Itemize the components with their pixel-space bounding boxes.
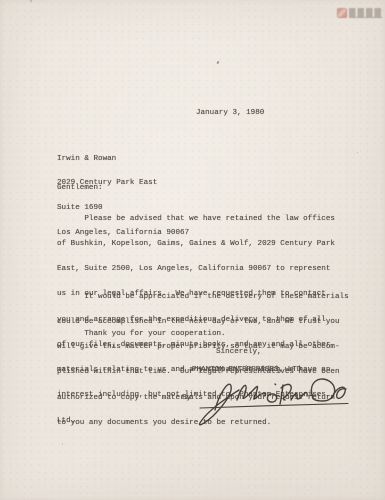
paper-speck: [62, 443, 63, 445]
body-line: of Bushkin, Kopelson, Gaims, Gaines & Wo…: [57, 240, 335, 248]
paper-speck: [216, 61, 219, 65]
letter-date: January 3, 1980: [196, 109, 264, 117]
body-line: East, Suite 2500, Los Angeles, Californi…: [57, 265, 335, 273]
body-line: could be accomplished in the next day or…: [57, 318, 349, 326]
closing: Sincerely,: [216, 348, 262, 356]
paper-speck: [357, 152, 358, 153]
watermark: [337, 6, 382, 19]
watermark-text: [349, 8, 382, 18]
paragraph-3: Thank you for your cooperation.: [57, 330, 226, 338]
paper-speck: [30, 0, 32, 2]
signature-scrawl: [185, 374, 355, 430]
recipient-line: Irwin & Rowan: [57, 155, 189, 163]
salutation: Gentlemen:: [57, 184, 103, 192]
body-line: will give this matter proper priority so…: [57, 343, 349, 351]
body-line: It would be appreciated if the delivery …: [57, 293, 349, 301]
letter-page: January 3, 1980 Irwin & Rowan 2029 Centu…: [0, 0, 385, 500]
watermark-seal-icon: [337, 8, 347, 18]
body-line: Please be advised that we have retained …: [57, 215, 335, 223]
